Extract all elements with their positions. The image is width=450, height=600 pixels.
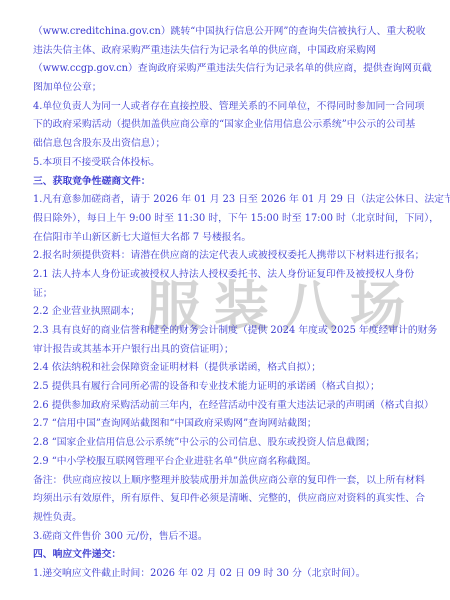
- document-line: 2.报名时须提供资料：请潜在供应商的法定代表人或被授权委托人携带以下材料进行报名…: [33, 247, 432, 266]
- document-line: 2.4 依法纳税和社会保障资金证明材料（提供承诺函，格式自拟）；: [33, 359, 432, 378]
- document-line: 三、获取竞争性磋商文件：: [33, 173, 432, 192]
- document-line: 5.本项目不接受联合体投标。: [33, 154, 432, 173]
- document-line: 3.磋商文件售价 300 元/份，售后不退。: [33, 528, 432, 547]
- document-line: 规性负责。: [33, 509, 432, 528]
- document-line: 2.9 “中小学校服互联网管理平台企业进驻名单”供应商名称截图。: [33, 453, 432, 472]
- document-line: 备注：供应商应按以上顺序整理并胶装成册并加盖供应商公章的复印件一套，以上所有材料: [33, 472, 432, 491]
- document-line: （www.creditchina.gov.cn）跳转“中国执行信息公开网”的查询…: [33, 23, 432, 42]
- document-page: 服装八场 （www.creditchina.gov.cn）跳转“中国执行信息公开…: [0, 0, 450, 600]
- document-line: 1.递交响应文件截止时间：2026 年 02 月 02 日 09 时 30 分（…: [33, 565, 432, 584]
- document-line: 证；: [33, 285, 432, 304]
- document-line: 2.2 企业营业执照副本；: [33, 303, 432, 322]
- document-content: （www.creditchina.gov.cn）跳转“中国执行信息公开网”的查询…: [33, 23, 432, 584]
- document-line: 2.3 具有良好的商业信誉和健全的财务会计制度（提供 2024 年度或 2025…: [33, 322, 432, 341]
- document-line: 2.7 “信用中国”查询网站截图和“中国政府采购网”查询网站截图；: [33, 415, 432, 434]
- document-line: 违法失信主体、政府采购严重违法失信行为记录名单的供应商，中国政府采购网: [33, 42, 432, 61]
- document-line: 础信息包含股东及出资信息）；: [33, 135, 432, 154]
- document-line: 四、响应文件递交：: [33, 546, 432, 565]
- document-line: 2.5 提供具有履行合同所必需的设备和专业技术能力证明的承诺函（格式自拟）；: [33, 378, 432, 397]
- document-line: 假日除外），每日上午 9:00 时至 11:30 时，下午 15:00 时至 1…: [33, 210, 432, 229]
- document-line: 1.凡有意参加磋商者，请于 2026 年 01 月 23 日至 2026 年 0…: [33, 191, 432, 210]
- document-line: 2.1 法人持本人身份证或被授权人持法人授权委托书、法人身份证复印件及被授权人身…: [33, 266, 432, 285]
- document-line: 均须出示有效原件，所有原件、复印件必须是清晰、完整的，供应商应对资料的真实性、合: [33, 490, 432, 509]
- document-line: 在信阳市羊山新区新七大道恒大名都 7 号楼报名。: [33, 229, 432, 248]
- document-line: （www.ccgp.gov.cn）查询政府采购严重违法失信行为记录名单的供应商，…: [33, 60, 432, 79]
- document-line: 2.6 提供参加政府采购活动前三年内，在经营活动中没有重大违法记录的声明函（格式…: [33, 397, 432, 416]
- document-line: 下的政府采购活动（提供加盖供应商公章的“国家企业信用信息公示系统”中公示的公司基: [33, 116, 432, 135]
- document-line: 2.8 “国家企业信用信息公示系统”中公示的公司信息、股东或投资人信息截图；: [33, 434, 432, 453]
- document-line: 审计报告或其基本开户银行出具的资信证明）；: [33, 341, 432, 360]
- document-line: 4.单位负责人为同一人或者存在直接控股、管理关系的不同单位，不得同时参加同一合同…: [33, 98, 432, 117]
- document-line: 图加单位公章；: [33, 79, 432, 98]
